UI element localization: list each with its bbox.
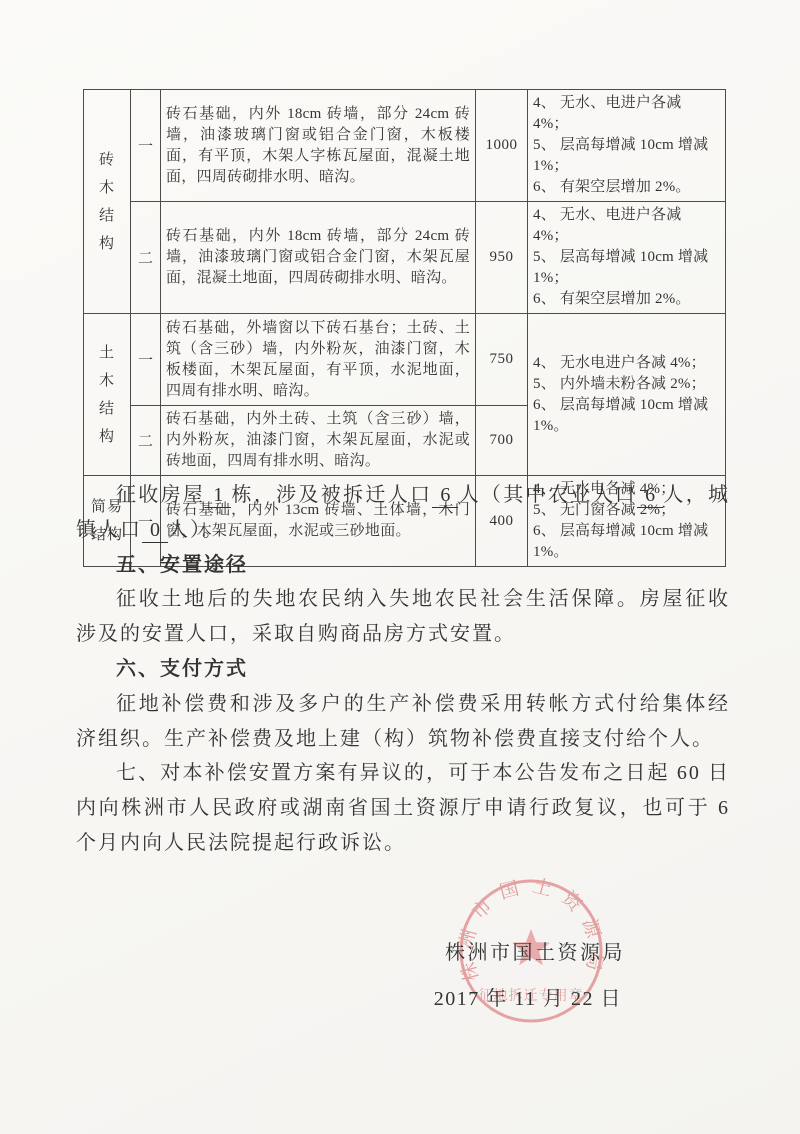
blank-agricultural-count: 6 [637,483,663,508]
description-cell: 砖石基础，外墙窗以下砖石基台；土砖、土筑（含三砂）墙，内外粉灰，油漆门窗，木板楼… [161,314,476,406]
rate-cell: 700 [476,406,528,476]
blank-people-count: 6 [432,483,458,508]
grade-cell: 二 [131,406,161,476]
table-row: 二 砖石基础，内外 18cm 砖墙，部分 24cm 砖墙，油漆玻璃门窗或铝合金门… [84,202,726,314]
intro-text: 征收房屋 [116,484,205,506]
rate-cell: 950 [476,202,528,314]
intro-text: 栋，涉及被拆迁人口 [231,484,432,506]
grade-cell: 一 [131,90,161,202]
category-cell: 砖 木 结 构 [84,90,131,314]
description-cell: 砖石基础，内外 18cm 砖墙，部分 24cm 砖墙，油漆玻璃门窗或铝合金门窗，… [161,90,476,202]
intro-paragraph: 征收房屋1栋，涉及被拆迁人口6人（其中农业人口6人，城镇人口0人）。 [76,478,730,548]
section5-heading: 五、安置途径 [76,548,730,583]
section6-heading: 六、支付方式 [76,652,730,687]
grade-cell: 二 [131,202,161,314]
section5-paragraph: 征收土地后的失地农民纳入失地农民社会生活保障。房屋征收涉及的安置人口，采取自购商… [76,582,730,652]
blank-buildings-count: 1 [205,483,231,508]
rate-cell: 750 [476,314,528,406]
intro-text: 人（其中农业人口 [458,484,637,506]
signature-date: 2017 年 11 月 22 日 [434,982,622,1011]
adjustment-notes-cell: 4、 无水、电进户各减 4%； 5、 层高每增减 10cm 增减 1%； 6、 … [528,90,726,202]
table-row: 砖 木 结 构 一 砖石基础，内外 18cm 砖墙，部分 24cm 砖墙，油漆玻… [84,90,726,202]
adjustment-notes-cell: 4、 无水电进户各减 4%； 5、 内外墙未粉各减 2%； 6、 层高每增减 1… [528,314,726,476]
intro-text: 人）。 [168,519,224,541]
section7-paragraph: 七、对本补偿安置方案有异议的，可于本公告发布之日起 60 日内向株洲市人民政府或… [76,756,730,860]
signature-organization: 株洲市国土资源局 [445,936,625,965]
scanned-document-page: 砖 木 结 构 一 砖石基础，内外 18cm 砖墙，部分 24cm 砖墙，油漆玻… [0,0,800,1134]
description-cell: 砖石基础，内外 18cm 砖墙，部分 24cm 砖墙，油漆玻璃门窗或铝合金门窗，… [161,202,476,314]
table-row: 土 木 结 构 一 砖石基础，外墙窗以下砖石基台；土砖、土筑（含三砂）墙，内外粉… [84,314,726,406]
grade-cell: 一 [131,314,161,406]
category-cell: 土 木 结 构 [84,314,131,476]
description-cell: 砖石基础，内外土砖、土筑（含三砂）墙，内外粉灰，油漆门窗，木架瓦屋面，水泥或砖地… [161,406,476,476]
section6-paragraph: 征地补偿费和涉及多户的生产补偿费采用转帐方式付给集体经济组织。生产补偿费及地上建… [76,687,730,757]
document-body: 征收房屋1栋，涉及被拆迁人口6人（其中农业人口6人，城镇人口0人）。 五、安置途… [76,478,730,861]
rate-cell: 1000 [476,90,528,202]
blank-urban-count: 0 [142,518,168,543]
adjustment-notes-cell: 4、 无水、电进户各减 4%； 5、 层高每增减 10cm 增减 1%； 6、 … [528,202,726,314]
